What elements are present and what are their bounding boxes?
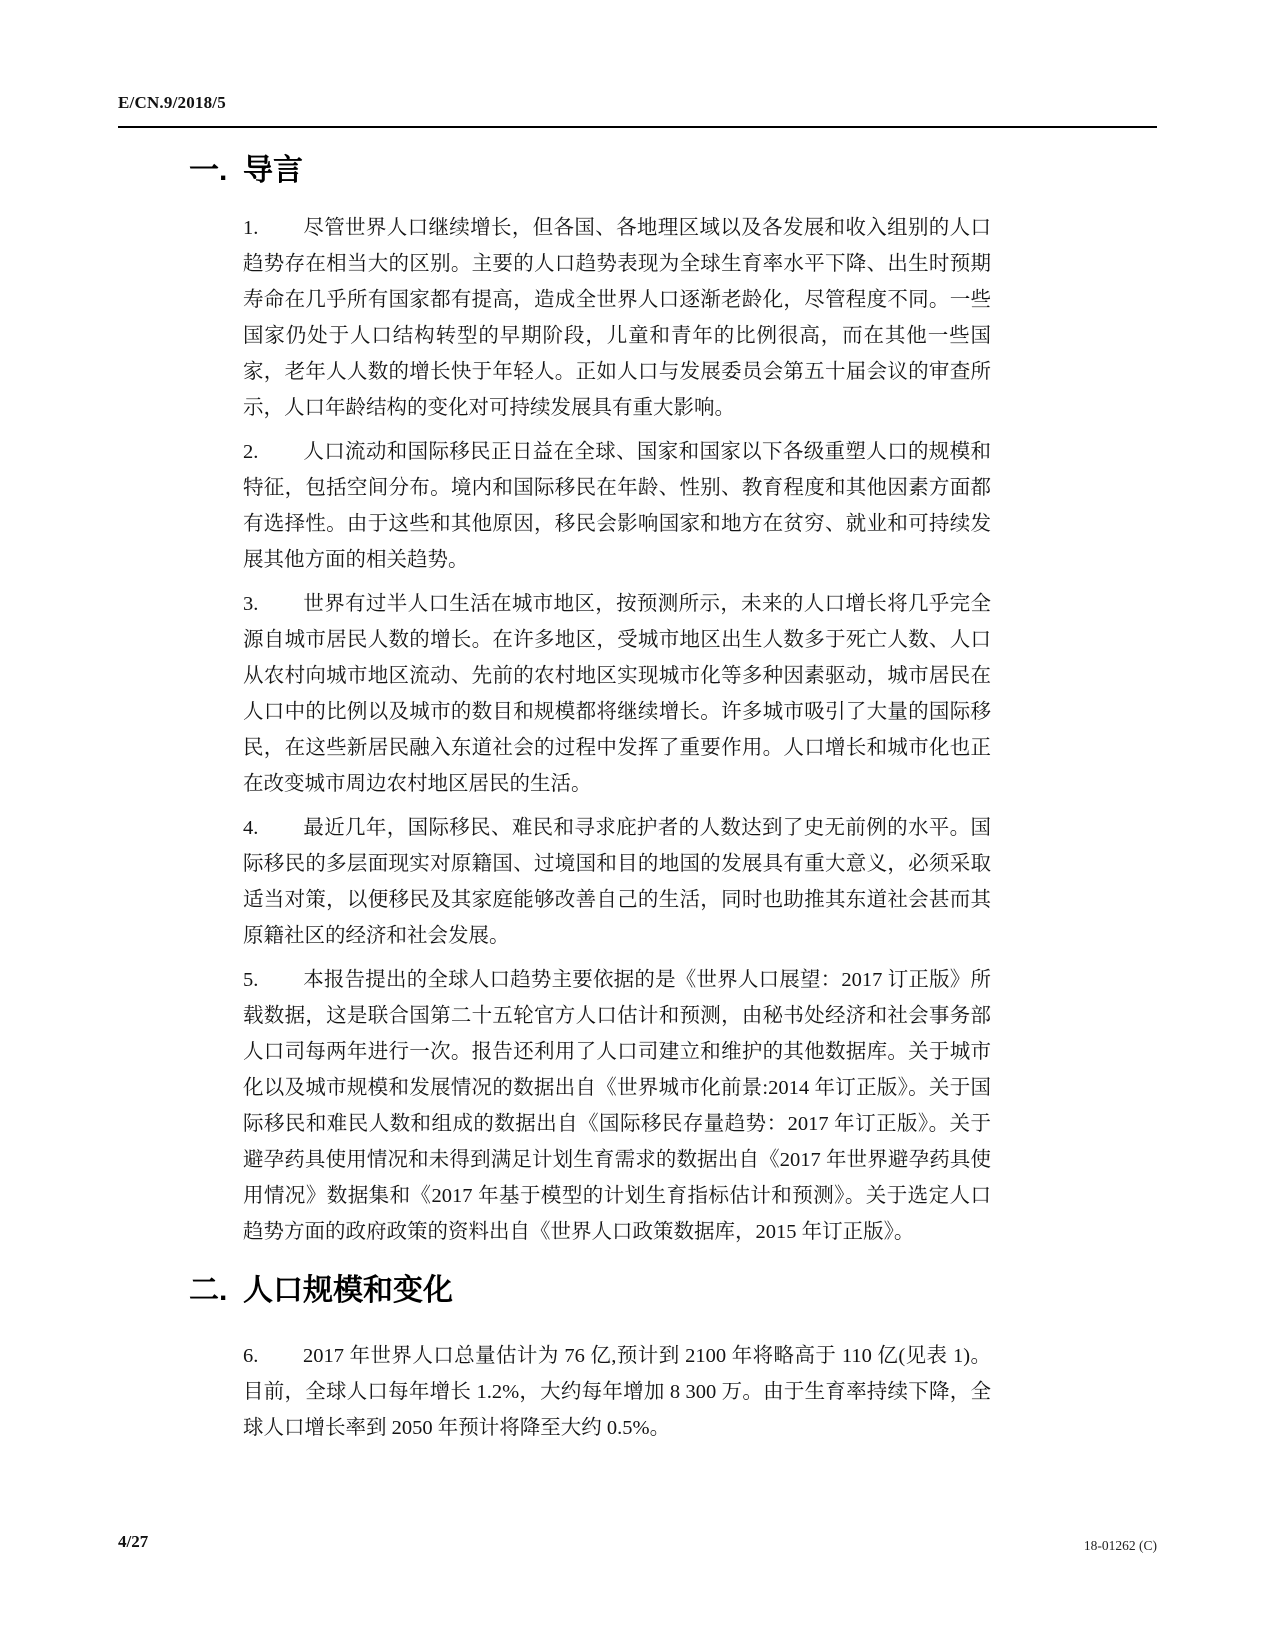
paragraph-number: 6. xyxy=(243,1338,303,1374)
paragraph: 4.最近几年，国际移民、难民和寻求庇护者的人数达到了史无前例的水平。国际移民的多… xyxy=(243,810,991,954)
paragraph-number: 2. xyxy=(243,434,303,470)
paragraph-number: 5. xyxy=(243,962,303,998)
paragraph-text: 2017 年世界人口总量估计为 76 亿,预计到 2100 年将略高于 110 … xyxy=(243,1345,991,1439)
paragraph: 6.2017 年世界人口总量估计为 76 亿,预计到 2100 年将略高于 11… xyxy=(243,1338,991,1446)
paragraph-text: 尽管世界人口继续增长，但各国、各地理区域以及各发展和收入组别的人口趋势存在相当大… xyxy=(243,217,991,419)
document-page: E/CN.9/2018/5 一.导言1.尽管世界人口继续增长，但各国、各地理区域… xyxy=(0,0,1275,1650)
paragraph-text: 本报告提出的全球人口趋势主要依据的是《世界人口展望：2017 订正版》所载数据，… xyxy=(243,969,991,1243)
document-symbol: E/CN.9/2018/5 xyxy=(118,93,226,113)
paragraph-text: 最近几年，国际移民、难民和寻求庇护者的人数达到了史无前例的水平。国际移民的多层面… xyxy=(243,817,991,947)
paragraph-number: 1. xyxy=(243,210,303,246)
paragraph: 2.人口流动和国际移民正日益在全球、国家和国家以下各级重塑人口的规模和特征，包括… xyxy=(243,434,991,578)
document-body: 一.导言1.尽管世界人口继续增长，但各国、各地理区域以及各发展和收入组别的人口趋… xyxy=(243,150,991,1446)
paragraph: 1.尽管世界人口继续增长，但各国、各地理区域以及各发展和收入组别的人口趋势存在相… xyxy=(243,210,991,426)
section-title: 导言 xyxy=(243,154,303,187)
section-number: 二. xyxy=(189,1270,227,1312)
paragraph-number: 3. xyxy=(243,586,303,622)
section-number: 一. xyxy=(189,150,227,192)
footer-job-number: 18-01262 (C) xyxy=(1084,1538,1157,1554)
paragraph-text: 人口流动和国际移民正日益在全球、国家和国家以下各级重塑人口的规模和特征，包括空间… xyxy=(243,441,991,571)
paragraph: 3.世界有过半人口生活在城市地区，按预测所示，未来的人口增长将几乎完全源自城市居… xyxy=(243,586,991,802)
header-rule xyxy=(118,126,1157,128)
paragraph-text: 世界有过半人口生活在城市地区，按预测所示，未来的人口增长将几乎完全源自城市居民人… xyxy=(243,593,991,795)
section-heading: 一.导言 xyxy=(243,150,991,192)
section-title: 人口规模和变化 xyxy=(243,1274,453,1307)
paragraph-number: 4. xyxy=(243,810,303,846)
section-heading: 二.人口规模和变化 xyxy=(243,1270,991,1312)
footer-page-number: 4/27 xyxy=(118,1532,148,1552)
paragraph: 5.本报告提出的全球人口趋势主要依据的是《世界人口展望：2017 订正版》所载数… xyxy=(243,962,991,1250)
